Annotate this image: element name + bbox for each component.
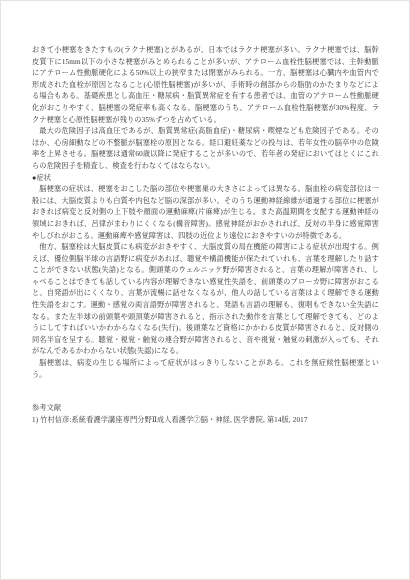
paragraph-risk-factors: 最大の危険因子は高血圧であるが、脂質異常症(高脂血症)・糖尿病・喫煙なども危険因…: [32, 126, 379, 172]
paragraph-symptoms-silent: 脳梗塞は、病変の生じる場所によって症状がはっきりしないことがある。これを無症候性…: [32, 358, 379, 381]
references-section: 参考文献 1) 竹村信彦:系統看護学講座専門分野Ⅱ成人看護学⑦脳・神経, 医学書…: [32, 403, 379, 426]
document-page: おきて小梗塞をきたすもの(ラクナ梗塞)とがあるが、日本ではラクナ梗塞が多い。ラク…: [0, 0, 410, 580]
paragraph-symptoms-cortical: 他方、脳塞栓は大脳皮質にも病変がおきやすく、大脳皮質の局在機能の障害による症状が…: [32, 242, 379, 358]
symptoms-section-heading: ●症状: [32, 173, 379, 185]
reference-item: 1) 竹村信彦:系統看護学講座専門分野Ⅱ成人看護学⑦脳・神経, 医学書院, 第1…: [32, 415, 379, 427]
paragraph-stroke-types: おきて小梗塞をきたすもの(ラクナ梗塞)とがあるが、日本ではラクナ梗塞が多い。ラク…: [32, 45, 379, 126]
references-heading: 参考文献: [32, 403, 379, 415]
document-body-text: おきて小梗塞をきたすもの(ラクナ梗塞)とがあるが、日本ではラクナ梗塞が多い。ラク…: [32, 45, 379, 381]
paragraph-symptoms-overview: 脳梗塞の症状は、梗塞をおこした脳の部位や梗塞巣の大きさによっては異なる。脳血栓の…: [32, 184, 379, 242]
